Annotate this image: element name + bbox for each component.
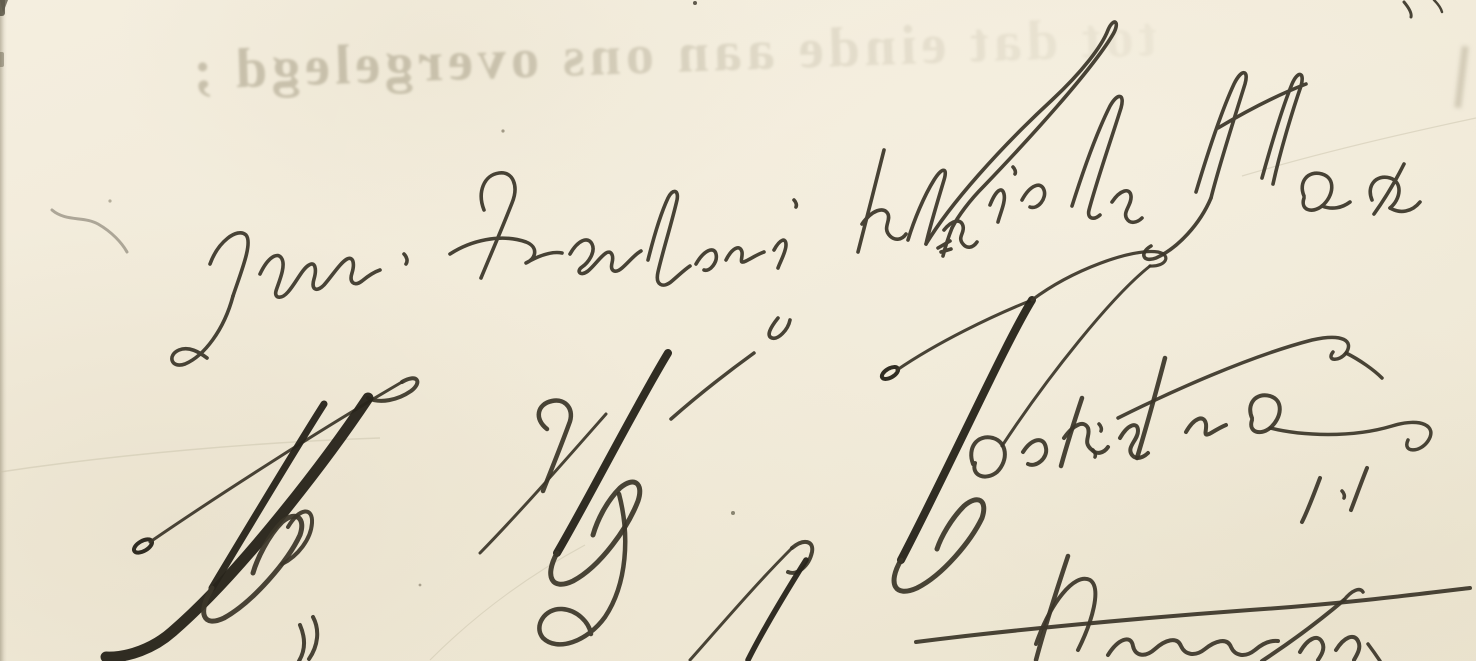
comma-ticks [1302,468,1367,522]
ink-blot-2 [880,365,900,382]
pencil-squiggle [52,210,127,252]
handwriting-line-1 [172,22,1420,365]
document-scan: tot dat einde aan ons overgelegd ; [0,0,1476,661]
ink-blot-1 [132,537,154,556]
handwriting-line-2 [106,252,1431,659]
handwriting-layer [0,0,1476,661]
handwriting-line-3-partial [299,542,1470,661]
ink-specks [108,129,735,586]
paper-corner-marks [0,0,1442,17]
